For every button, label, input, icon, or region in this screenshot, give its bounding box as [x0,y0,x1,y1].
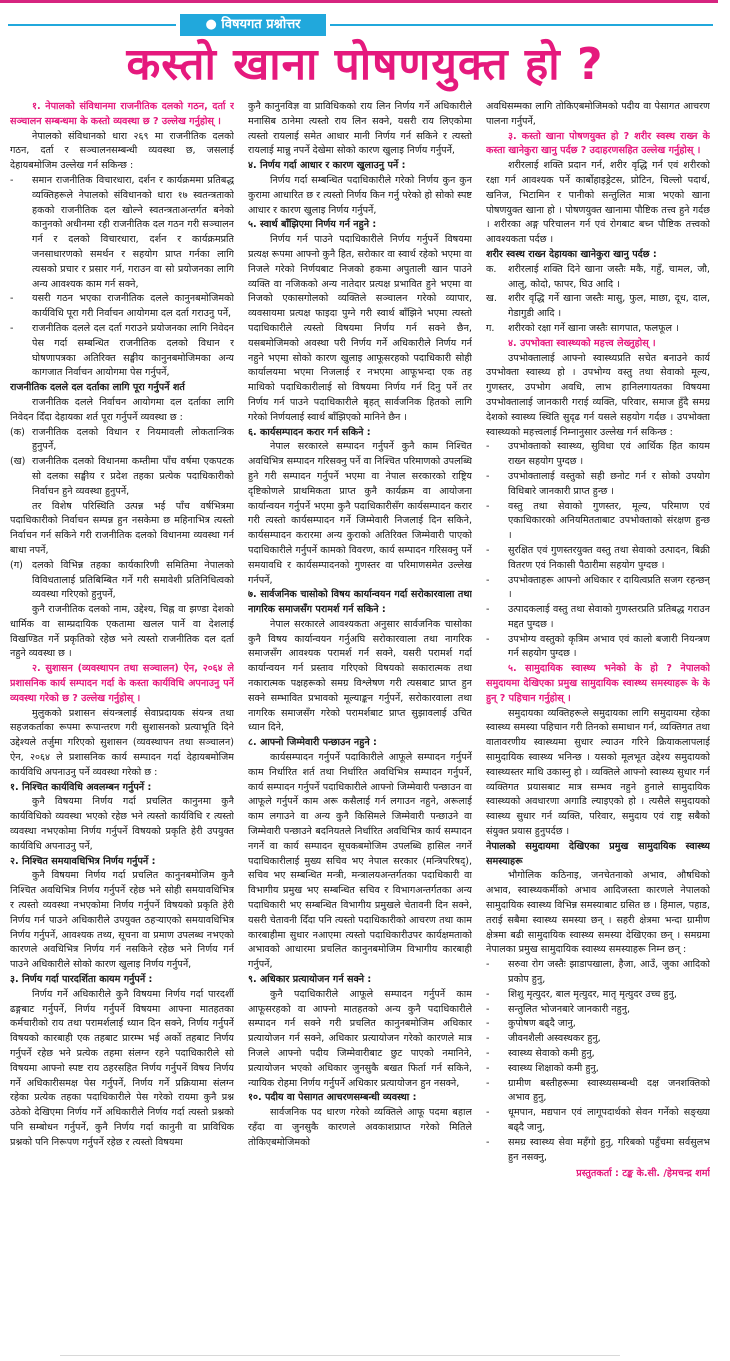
list-item: -समान राजनीतिक विचारधारा, दर्शन र कार्यक… [10,174,234,292]
list-item-text: स्वास्थ्य सेवाको कमी हुनु, [508,1048,595,1059]
list-item: -स्वास्थ्य शिक्षाको कमी हुनु, [486,1062,710,1077]
subheading: २. निश्चित समयावधिभित्र निर्णय गर्नुपर्न… [10,855,234,870]
list-marker: - [10,292,13,307]
list-item-text: उत्पादकलाई वस्तु तथा सेवाको गुणस्तरप्रति… [508,604,710,630]
bullet-icon: ● [205,17,216,32]
list-item: (ग)दलको विभिन्न तहका कार्यकारिणी समितिमा… [10,559,234,603]
list-marker: ग. [486,322,494,337]
list-marker: - [486,1003,489,1018]
list-item-text: कुपोषण बढ्दै जानु, [508,1018,576,1029]
list-item: -सुरक्षित एवं गुणस्तरयुक्त वस्तु तथा सेव… [486,544,710,574]
question-heading: ५. सामुदायिक स्वास्थ्य भनेको के हो ? नेप… [486,662,710,706]
article-body: १. नेपालको संविधानमा राजनीतिक दलको गठन, … [10,100,710,1352]
subheading: ७. सार्वजनिक चासोको विषय कार्यान्वयन गर्… [248,588,472,618]
list-item-text: शरीरलाई शक्ति दिने खाना जस्तैः मकै, गहुँ… [508,264,710,290]
list-marker: - [486,1077,489,1092]
list-item-text: जीवनशैली अस्वस्थकर हुनु, [508,1033,601,1044]
list-item: ख.शरीर वृद्धि गर्ने खाना जस्तैः मासु, फु… [486,292,710,322]
list-marker: (ख) [10,455,25,470]
question-heading: १. नेपालको संविधानमा राजनीतिक दलको गठन, … [10,100,234,130]
list-item: -जीवनशैली अस्वस्थकर हुनु, [486,1032,710,1047]
list-marker: - [486,1136,489,1151]
paragraph: नेपालको संविधानको धारा २६९ मा राजनीतिक द… [10,130,234,174]
list-item-text: उपभोक्तालाई वस्तुको सही छनोट गर्न र सोको… [508,471,710,497]
list-item: -कुपोषण बढ्दै जानु, [486,1017,710,1032]
paragraph: समुदायका व्यक्तिहरूले समुदायका लागि समुद… [486,707,710,840]
list-item-text: शरीर वृद्धि गर्ने खाना जस्तैः मासु, फुल,… [508,293,710,319]
list-item-text: सुरक्षित एवं गुणस्तरयुक्त वस्तु तथा सेवा… [508,545,710,571]
list-marker: - [486,1017,489,1032]
list-item: -सन्तुलित भोजनबारे जानकारी नहुनु, [486,1003,710,1018]
list-item: -उपभोक्तालाई वस्तुको सही छनोट गर्न र सोक… [486,470,710,500]
list-item-text: उपभोक्ताहरू आफ्नो अधिकार र दायित्वप्रति … [508,575,710,601]
list-marker: - [486,470,489,485]
question-heading: ४. उपभोक्ता स्वास्थ्यको महत्त्व लेख्नुहो… [486,337,710,352]
question-heading: २. सुशासन (व्यवस्थापन तथा सञ्चालन) ऐन, २… [10,662,234,706]
category-rule-left [8,24,176,26]
list-item-text: दलको विभिन्न तहका कार्यकारिणी समितिमा ने… [32,560,234,601]
list-item-text: शरीरको रक्षा गर्ने खाना जस्तैः सागपात, फ… [508,323,679,334]
list-item-text: सन्तुलित भोजनबारे जानकारी नहुनु, [508,1004,630,1015]
subheading: ३. निर्णय गर्दा पारदर्शिता कायम गर्नुपर्… [10,973,234,988]
list-item: -स्वास्थ्य सेवाको कमी हुनु, [486,1047,710,1062]
author-credit: प्रस्तुतकर्ता : टङ्क के.सी. /हेमचन्द्र श… [486,1167,710,1182]
list-marker: ख. [486,292,497,307]
list-item: -समग्र स्वास्थ्य सेवा महँगो हुनु, गरिबको… [486,1136,710,1166]
subheading: राजनीतिक दलले दल दर्ताका लागि पूरा गर्नु… [10,381,234,396]
list-item-text: यसरी गठन भएका राजनीतिक दलले कानुनबमोजिमक… [32,293,234,319]
list-item-text: ग्रामीण बस्तीहरूमा स्वास्थ्यसम्बन्धी दक्… [508,1078,710,1104]
paragraph: कुनै विषयमा निर्णय गर्दा प्रचलित कानुनबम… [10,869,234,973]
column-3: अवधिसम्मका लागि तोकिएबमोजिमको पदीय वा पे… [486,100,710,1352]
list-item-text: राजनीतिक दलको विधान र नियमावली लोकतान्त्… [32,427,234,453]
list-item-text: सरुवा रोग जस्तैः झाडापखाला, हैजा, आउँ, ज… [508,959,710,985]
subheading: शरीर स्वस्थ राख्न देहायका खानेकुरा खानु … [486,248,710,263]
paragraph: राजनीतिक दलले निर्वाचन आयोगमा दल दर्ताका… [10,396,234,426]
paragraph-continued: अवधिसम्मका लागि तोकिएबमोजिमको पदीय वा पे… [486,100,710,130]
column-1: १. नेपालको संविधानमा राजनीतिक दलको गठन, … [10,100,234,1352]
list-item: -उत्पादकलाई वस्तु तथा सेवाको गुणस्तरप्रत… [486,603,710,633]
list-marker: - [486,1032,489,1047]
paragraph: नेपाल सरकारले सम्पादन गर्नुपर्ने कुनै का… [248,440,472,588]
list-item-text: राजनीतिक दलले दल दर्ता गराउने प्रयोजनका … [32,323,234,378]
list-item-text: धूमपान, मद्यपान एवं लागूपदार्थको सेवन गर… [508,1107,710,1133]
paragraph: उपभोक्तालाई आफ्नो स्वास्थ्यप्रति सचेत बन… [486,352,710,441]
list-marker: - [486,1047,489,1062]
list-item: -वस्तु तथा सेवाको गुणस्तर, मूल्य, परिमाण… [486,500,710,544]
subheading: ८. आफ्नो जिम्मेवारी पन्छाउन नहुने : [248,736,472,751]
list-marker: - [486,574,489,589]
bottom-rule [60,1355,620,1356]
list-marker: - [486,440,489,455]
top-rule [0,0,718,3]
headline: कस्तो खाना पोषणयुक्त हो ? [0,36,730,94]
paragraph: निर्णय गर्ने अधिकारीले कुनै विषयमा निर्ण… [10,988,234,1151]
paragraph: भौगोलिक कठिनाइ, जनचेतनाको अभाव, औषधिको अ… [486,869,710,958]
list-item: -यसरी गठन भएका राजनीतिक दलले कानुनबमोजिम… [10,292,234,322]
subheading: ४. निर्णय गर्दा आधार र कारण खुलाउनु पर्न… [248,159,472,174]
paragraph: शरीरलाई शक्ति प्रदान गर्न, शरीर वृद्धि ग… [486,159,710,248]
paragraph: नेपाल सरकारले आवश्यकता अनुसार सार्वजनिक … [248,618,472,736]
list-marker: - [486,603,489,618]
list-item-text: शिशु मृत्युदर, बाल मृत्युदर, मातृ मृत्यु… [508,989,677,1000]
paragraph: निर्णय गर्न पाउने पदाधिकारीले निर्णय गर्… [248,233,472,425]
list-item: -धूमपान, मद्यपान एवं लागूपदार्थको सेवन ग… [486,1106,710,1136]
column-2: कुनै कानुनविज्ञ वा प्राविधिकको राय लिन न… [248,100,472,1352]
list-marker: (ग) [10,559,23,574]
paragraph: मुलुकको प्रशासन संयन्त्रलाई सेवाप्रदायक … [10,707,234,781]
paragraph: कुनै पदाधिकारीले आफूले सम्पादन गर्नुपर्न… [248,988,472,1092]
paragraph: कुनै राजनीतिक दलको नाम, उद्देश्य, चिह्न … [10,603,234,662]
list-item: (क)राजनीतिक दलको विधान र नियमावली लोकतान… [10,426,234,456]
subheading: ९. अधिकार प्रत्यायोजन गर्न सक्ने : [248,973,472,988]
subheading: १०. पदीय वा पेसागत आचरणसम्बन्धी व्यवस्था… [248,1091,472,1106]
list-marker: - [486,1106,489,1121]
paragraph: तर विशेष परिस्थिति उत्पन्न भई पाँच वर्षभ… [10,500,234,559]
subheading: ६. कार्यसम्पादन करार गर्न सकिने : [248,426,472,441]
list-item: (ख)राजनीतिक दलको विधानमा कम्तीमा पाँच वर… [10,455,234,499]
list-marker: - [486,988,489,1003]
list-item: -शिशु मृत्युदर, बाल मृत्युदर, मातृ मृत्य… [486,988,710,1003]
category-rule-right [330,24,713,26]
list-item: ग.शरीरको रक्षा गर्ने खाना जस्तैः सागपात,… [486,322,710,337]
list-marker: - [486,500,489,515]
list-marker: - [486,1062,489,1077]
list-marker: क. [486,263,496,278]
list-item: -उपभोक्ताको स्वास्थ्य, सुविधा एवं आर्थिक… [486,440,710,470]
paragraph: सार्वजनिक पद धारण गरेको व्यक्तिले आफू पद… [248,1106,472,1150]
list-item-text: राजनीतिक दलको विधानमा कम्तीमा पाँच वर्षम… [32,456,234,497]
category-badge: ● विषयगत प्रश्नोत्तर [180,14,326,36]
subheading: नेपालको समुदायमा देखिएका प्रमुख सामुदायि… [486,840,710,870]
list-item-text: समान राजनीतिक विचारधारा, दर्शन र कार्यक्… [32,175,234,290]
subheading: ५. स्वार्थ बाँझिएमा निर्णय गर्न नहुने : [248,218,472,233]
list-item-text: स्वास्थ्य शिक्षाको कमी हुनु, [508,1063,599,1074]
list-item: -सरुवा रोग जस्तैः झाडापखाला, हैजा, आउँ, … [486,958,710,988]
list-item: क.शरीरलाई शक्ति दिने खाना जस्तैः मकै, गह… [486,263,710,293]
list-item: -उपभोक्ताहरू आफ्नो अधिकार र दायित्वप्रति… [486,574,710,604]
subheading: १. निश्चित कार्यविधि अवलम्बन गर्नुपर्ने … [10,781,234,796]
list-marker: (क) [10,426,25,441]
paragraph-continued: कुनै कानुनविज्ञ वा प्राविधिकको राय लिन न… [248,100,472,159]
category-banner: ● विषयगत प्रश्नोत्तर [8,14,713,36]
list-item-text: उपभोक्ताको स्वास्थ्य, सुविधा एवं आर्थिक … [508,441,710,467]
paragraph: कार्यसम्पादन गर्नुपर्ने पदाकिारीले आफूले… [248,751,472,973]
question-heading: ३. कस्तो खाना पोषणयुक्त हो ? शरीर स्वस्थ… [486,130,710,160]
list-marker: - [486,544,489,559]
list-item: -उपभोग्य वस्तुको कृत्रिम अभाव एवं कालो ब… [486,633,710,663]
list-marker: - [10,174,13,189]
list-marker: - [10,322,13,337]
list-item-text: उपभोग्य वस्तुको कृत्रिम अभाव एवं कालो बज… [508,634,710,660]
paragraph: कुनै विषयमा निर्णय गर्दा प्रचलित कानुनमा… [10,795,234,854]
list-marker: - [486,633,489,648]
list-item: -ग्रामीण बस्तीहरूमा स्वास्थ्यसम्बन्धी दक… [486,1077,710,1107]
list-item-text: समग्र स्वास्थ्य सेवा महँगो हुनु, गरिबको … [508,1137,710,1163]
list-item-text: वस्तु तथा सेवाको गुणस्तर, मूल्य, परिमाण … [508,501,710,542]
list-item: -राजनीतिक दलले दल दर्ता गराउने प्रयोजनका… [10,322,234,381]
paragraph: निर्णय गर्दा सम्बन्धित पदाधिकारीले गरेको… [248,174,472,218]
list-marker: - [486,958,489,973]
category-label: विषयगत प्रश्नोत्तर [221,17,300,32]
